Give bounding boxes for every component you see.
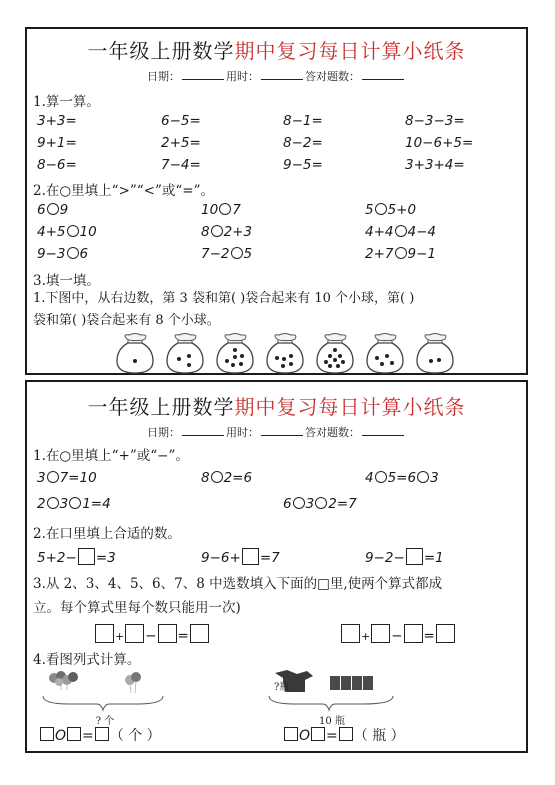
bottles-equation: O=（ 瓶 ） xyxy=(283,725,405,745)
bags-icon xyxy=(115,332,455,376)
answer-circle[interactable] xyxy=(67,225,79,237)
title-red-part: 期中复习每日计算小纸条 xyxy=(235,395,466,419)
date-blank[interactable] xyxy=(182,69,224,80)
worksheet-card-2: 一年级上册数学期中复习每日计算小纸条 日期：用时：答对题数： 1.在○里填上“+… xyxy=(25,380,528,753)
section-heading: 3.填一填。 xyxy=(33,269,100,289)
correct-count-blank[interactable] xyxy=(362,425,404,436)
compare-problem: 4+44−4 xyxy=(365,224,436,240)
compare-problem: 7−25 xyxy=(201,246,252,262)
correct-count-label: 答对题数： xyxy=(305,426,360,439)
meta-line: 日期：用时：答对题数： xyxy=(27,424,526,440)
answer-box[interactable] xyxy=(242,548,259,565)
balloons-icon xyxy=(39,668,164,718)
compare-problem: 9−36 xyxy=(37,246,88,262)
problem: 8−2= xyxy=(283,135,323,151)
time-label: 用时： xyxy=(226,426,259,439)
answer-box[interactable] xyxy=(67,727,81,741)
box-equation: +−= xyxy=(94,624,210,644)
answer-circle[interactable] xyxy=(315,497,327,509)
answer-box[interactable] xyxy=(40,727,54,741)
answer-circle[interactable] xyxy=(231,247,243,259)
problem: 6−5= xyxy=(161,113,201,129)
answer-circle[interactable] xyxy=(293,497,305,509)
question-text-line2: 袋和第( )袋合起来有 8 个小球。 xyxy=(33,310,520,332)
section-heading: 2.在口里填上合适的数。 xyxy=(33,522,181,542)
date-blank[interactable] xyxy=(182,425,224,436)
answer-box[interactable] xyxy=(158,624,177,643)
answer-box[interactable] xyxy=(404,624,423,643)
worksheet-title: 一年级上册数学期中复习每日计算小纸条 xyxy=(27,391,526,420)
time-blank[interactable] xyxy=(261,425,303,436)
sign-row: 231=4 632=7 xyxy=(27,496,526,516)
compare-problem: 2+79−1 xyxy=(365,246,436,262)
question-text-line2: 立。每个算式里每个数只能用一次) xyxy=(33,597,520,619)
answer-box[interactable] xyxy=(284,727,298,741)
answer-box[interactable] xyxy=(339,727,353,741)
bottles-picture: ?瓶 xyxy=(265,668,395,718)
bottles-icon: ?瓶 xyxy=(265,668,395,718)
fill-box-problem: 5+2−=3 xyxy=(37,548,116,566)
title-black-part: 一年级上册数学 xyxy=(88,395,235,419)
sign-problem: 632=7 xyxy=(283,496,357,512)
problem: 8−3−3= xyxy=(405,113,465,129)
answer-circle[interactable] xyxy=(417,471,429,483)
problem: 3+3= xyxy=(37,113,77,129)
worksheet-card-1: 一年级上册数学期中复习每日计算小纸条 日期：用时：答对题数： 1.算一算。 3+… xyxy=(25,27,528,375)
compare-row: 69 107 55+0 xyxy=(27,202,526,222)
answer-circle[interactable] xyxy=(395,247,407,259)
problem: 8−6= xyxy=(37,157,77,173)
section-heading: 2.在○里填上“>”“<”或“=”。 xyxy=(33,179,214,199)
problem: 9+1= xyxy=(37,135,77,151)
sign-problem: 231=4 xyxy=(37,496,111,512)
correct-count-label: 答对题数： xyxy=(305,70,360,83)
answer-circle[interactable] xyxy=(219,203,231,215)
answer-box[interactable] xyxy=(190,624,209,643)
compare-problem: 4+510 xyxy=(37,224,97,240)
answer-box[interactable] xyxy=(78,548,95,565)
problem-row: 3+3= 6−5= 8−1= 8−3−3= xyxy=(27,113,526,133)
box-equation: +−= xyxy=(340,624,456,644)
problem: 7−4= xyxy=(161,157,201,173)
problem: 10−6+5= xyxy=(405,135,473,151)
title-red-part: 期中复习每日计算小纸条 xyxy=(235,39,466,63)
answer-box[interactable] xyxy=(95,727,109,741)
answer-circle[interactable] xyxy=(69,497,81,509)
sign-problem: 45=63 xyxy=(365,470,439,486)
compare-problem: 82+3 xyxy=(201,224,252,240)
answer-circle[interactable] xyxy=(375,203,387,215)
answer-circle[interactable] xyxy=(47,497,59,509)
question-text-line1: 1.下图中，从右边数，第 3 袋和第( )袋合起来有 10 个小球，第( ) xyxy=(33,288,520,310)
problem: 3+3+4= xyxy=(405,157,465,173)
problem-row: 8−6= 7−4= 9−5= 3+3+4= xyxy=(27,157,526,177)
date-label: 日期： xyxy=(147,426,180,439)
section-heading: 1.在○里填上“+”或“−”。 xyxy=(33,444,189,464)
sign-problem: 82=6 xyxy=(201,470,252,486)
compare-problem: 107 xyxy=(201,202,241,218)
answer-box[interactable] xyxy=(341,624,360,643)
fill-box-problem: 9−6+=7 xyxy=(201,548,280,566)
answer-box[interactable] xyxy=(371,624,390,643)
svg-text:?瓶: ?瓶 xyxy=(274,681,289,693)
problem: 8−1= xyxy=(283,113,323,129)
answer-circle[interactable] xyxy=(47,203,59,215)
fill-box-problem: 9−2−=1 xyxy=(365,548,444,566)
problem: 9−5= xyxy=(283,157,323,173)
title-black-part: 一年级上册数学 xyxy=(88,39,235,63)
time-blank[interactable] xyxy=(261,69,303,80)
meta-line: 日期：用时：答对题数： xyxy=(27,68,526,84)
compare-problem: 55+0 xyxy=(365,202,416,218)
box-equation-row: +−= +−= xyxy=(27,624,526,644)
time-label: 用时： xyxy=(226,70,259,83)
compare-row: 9−36 7−25 2+79−1 xyxy=(27,246,526,266)
question-text-line1: 3.从 2、3、4、5、6、7、8 中选数填入下面的□里,使两个算式都成 xyxy=(33,573,520,595)
answer-box[interactable] xyxy=(311,727,325,741)
answer-circle[interactable] xyxy=(211,225,223,237)
balloons-picture xyxy=(39,668,164,718)
section-heading: 4.看图列式计算。 xyxy=(33,648,140,668)
problem-row: 9+1= 2+5= 8−2= 10−6+5= xyxy=(27,135,526,155)
answer-box[interactable] xyxy=(95,624,114,643)
ball-bags-illustration xyxy=(115,332,455,374)
answer-box[interactable] xyxy=(406,548,423,565)
answer-box[interactable] xyxy=(436,624,455,643)
answer-circle[interactable] xyxy=(67,247,79,259)
correct-count-blank[interactable] xyxy=(362,69,404,80)
section-heading: 1.算一算。 xyxy=(33,90,100,110)
date-label: 日期： xyxy=(147,70,180,83)
sign-row: 37=10 82=6 45=63 xyxy=(27,470,526,490)
compare-problem: 69 xyxy=(37,202,68,218)
fill-box-row: 5+2−=3 9−6+=7 9−2−=1 xyxy=(27,548,526,568)
answer-circle[interactable] xyxy=(375,471,387,483)
answer-circle[interactable] xyxy=(395,225,407,237)
answer-circle[interactable] xyxy=(47,471,59,483)
sign-problem: 37=10 xyxy=(37,470,97,486)
answer-box[interactable] xyxy=(125,624,144,643)
balloons-equation: O=（ 个 ） xyxy=(39,725,161,745)
problem: 2+5= xyxy=(161,135,201,151)
worksheet-title: 一年级上册数学期中复习每日计算小纸条 xyxy=(27,35,526,64)
compare-row: 4+510 82+3 4+44−4 xyxy=(27,224,526,244)
answer-circle[interactable] xyxy=(211,471,223,483)
